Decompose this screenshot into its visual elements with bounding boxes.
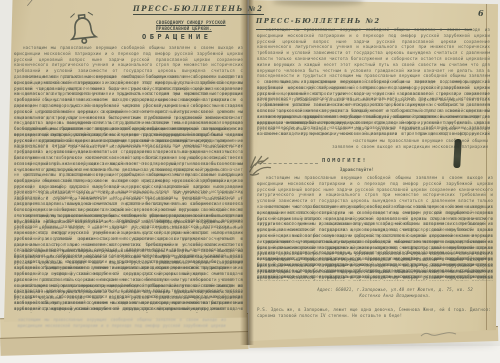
appeal-title: ОБРАЩЕНИЕ <box>142 33 211 41</box>
postscript: Р.S. Здесь же, в Запорожье, лежит еще од… <box>257 307 491 320</box>
paragraph: настоящим мы православные верующие свобо… <box>257 269 493 281</box>
signature-lines: настоящим мы православные верующие свобо… <box>330 138 488 150</box>
addressee-caption: СВОБОДНОМУ СИНОДУ РУССКОЙ ПРАВОСЛАВНОЙ Ц… <box>156 21 252 33</box>
paragraph: настоящим мы православные верующие свобо… <box>257 204 493 239</box>
scanned-document-spread: 7 ПРЕСС-БЮЛЛЕТЕНЬ №2 СВОБОДНОМУ СИНОДУ Р… <box>0 0 500 363</box>
paragraph: настоящим мы православные верующие свобо… <box>257 175 493 204</box>
paragraph: настоящим мы православные верующие свобо… <box>257 27 490 79</box>
greeting-line: Здравствуйте! <box>322 167 392 173</box>
paragraph: настоящим мы православные верующие свобо… <box>14 248 243 283</box>
paragraph: настоящим мы православные верующие свобо… <box>14 283 243 312</box>
paragraph: настоящим мы православные верующие свобо… <box>257 114 490 137</box>
paragraph: настоящим мы православные верующие свобо… <box>257 257 493 269</box>
address-line-1: Адрес: 660021, г.Запорожье, ул.40 лет Жо… <box>297 287 493 293</box>
right-page-header-label: ПРЕСС-БЮЛЛЕТЕНЬ №2 <box>256 17 381 25</box>
paragraph: настоящим мы православные верующие свобо… <box>14 213 243 248</box>
paragraph: настоящим мы православные верующие свобо… <box>14 172 243 213</box>
body-text-right-bottom: настоящим мы православные верующие свобо… <box>257 175 493 281</box>
help-heading: ПОМОГИТЕ! <box>322 158 367 164</box>
paragraph: настоящим мы православные верующие свобо… <box>14 126 243 172</box>
paragraph: настоящим мы православные верующие свобо… <box>14 45 243 74</box>
paragraph: настоящим мы православные верующие свобо… <box>14 74 243 126</box>
address-line-2: Костенко Анна Владимировна. <box>330 293 460 299</box>
right-page-number: 6 <box>478 8 485 18</box>
paragraph: настоящим мы православные верующие свобо… <box>257 239 493 257</box>
signature-scribble <box>420 324 458 333</box>
body-text-left: настоящим мы православные верующие свобо… <box>14 45 243 313</box>
section-divider <box>258 163 318 164</box>
ghost-offset-text: настоящим мы православные верующие свобо… <box>18 317 227 328</box>
bell-stamp-icon <box>62 9 104 49</box>
body-text-right-top: настоящим мы православные верующие свобо… <box>257 27 490 137</box>
left-page-header: ПРЕСС-БЮЛЛЕТЕНЬ №2 <box>133 4 264 15</box>
paragraph: настоящим мы православные верующие свобо… <box>257 79 490 114</box>
